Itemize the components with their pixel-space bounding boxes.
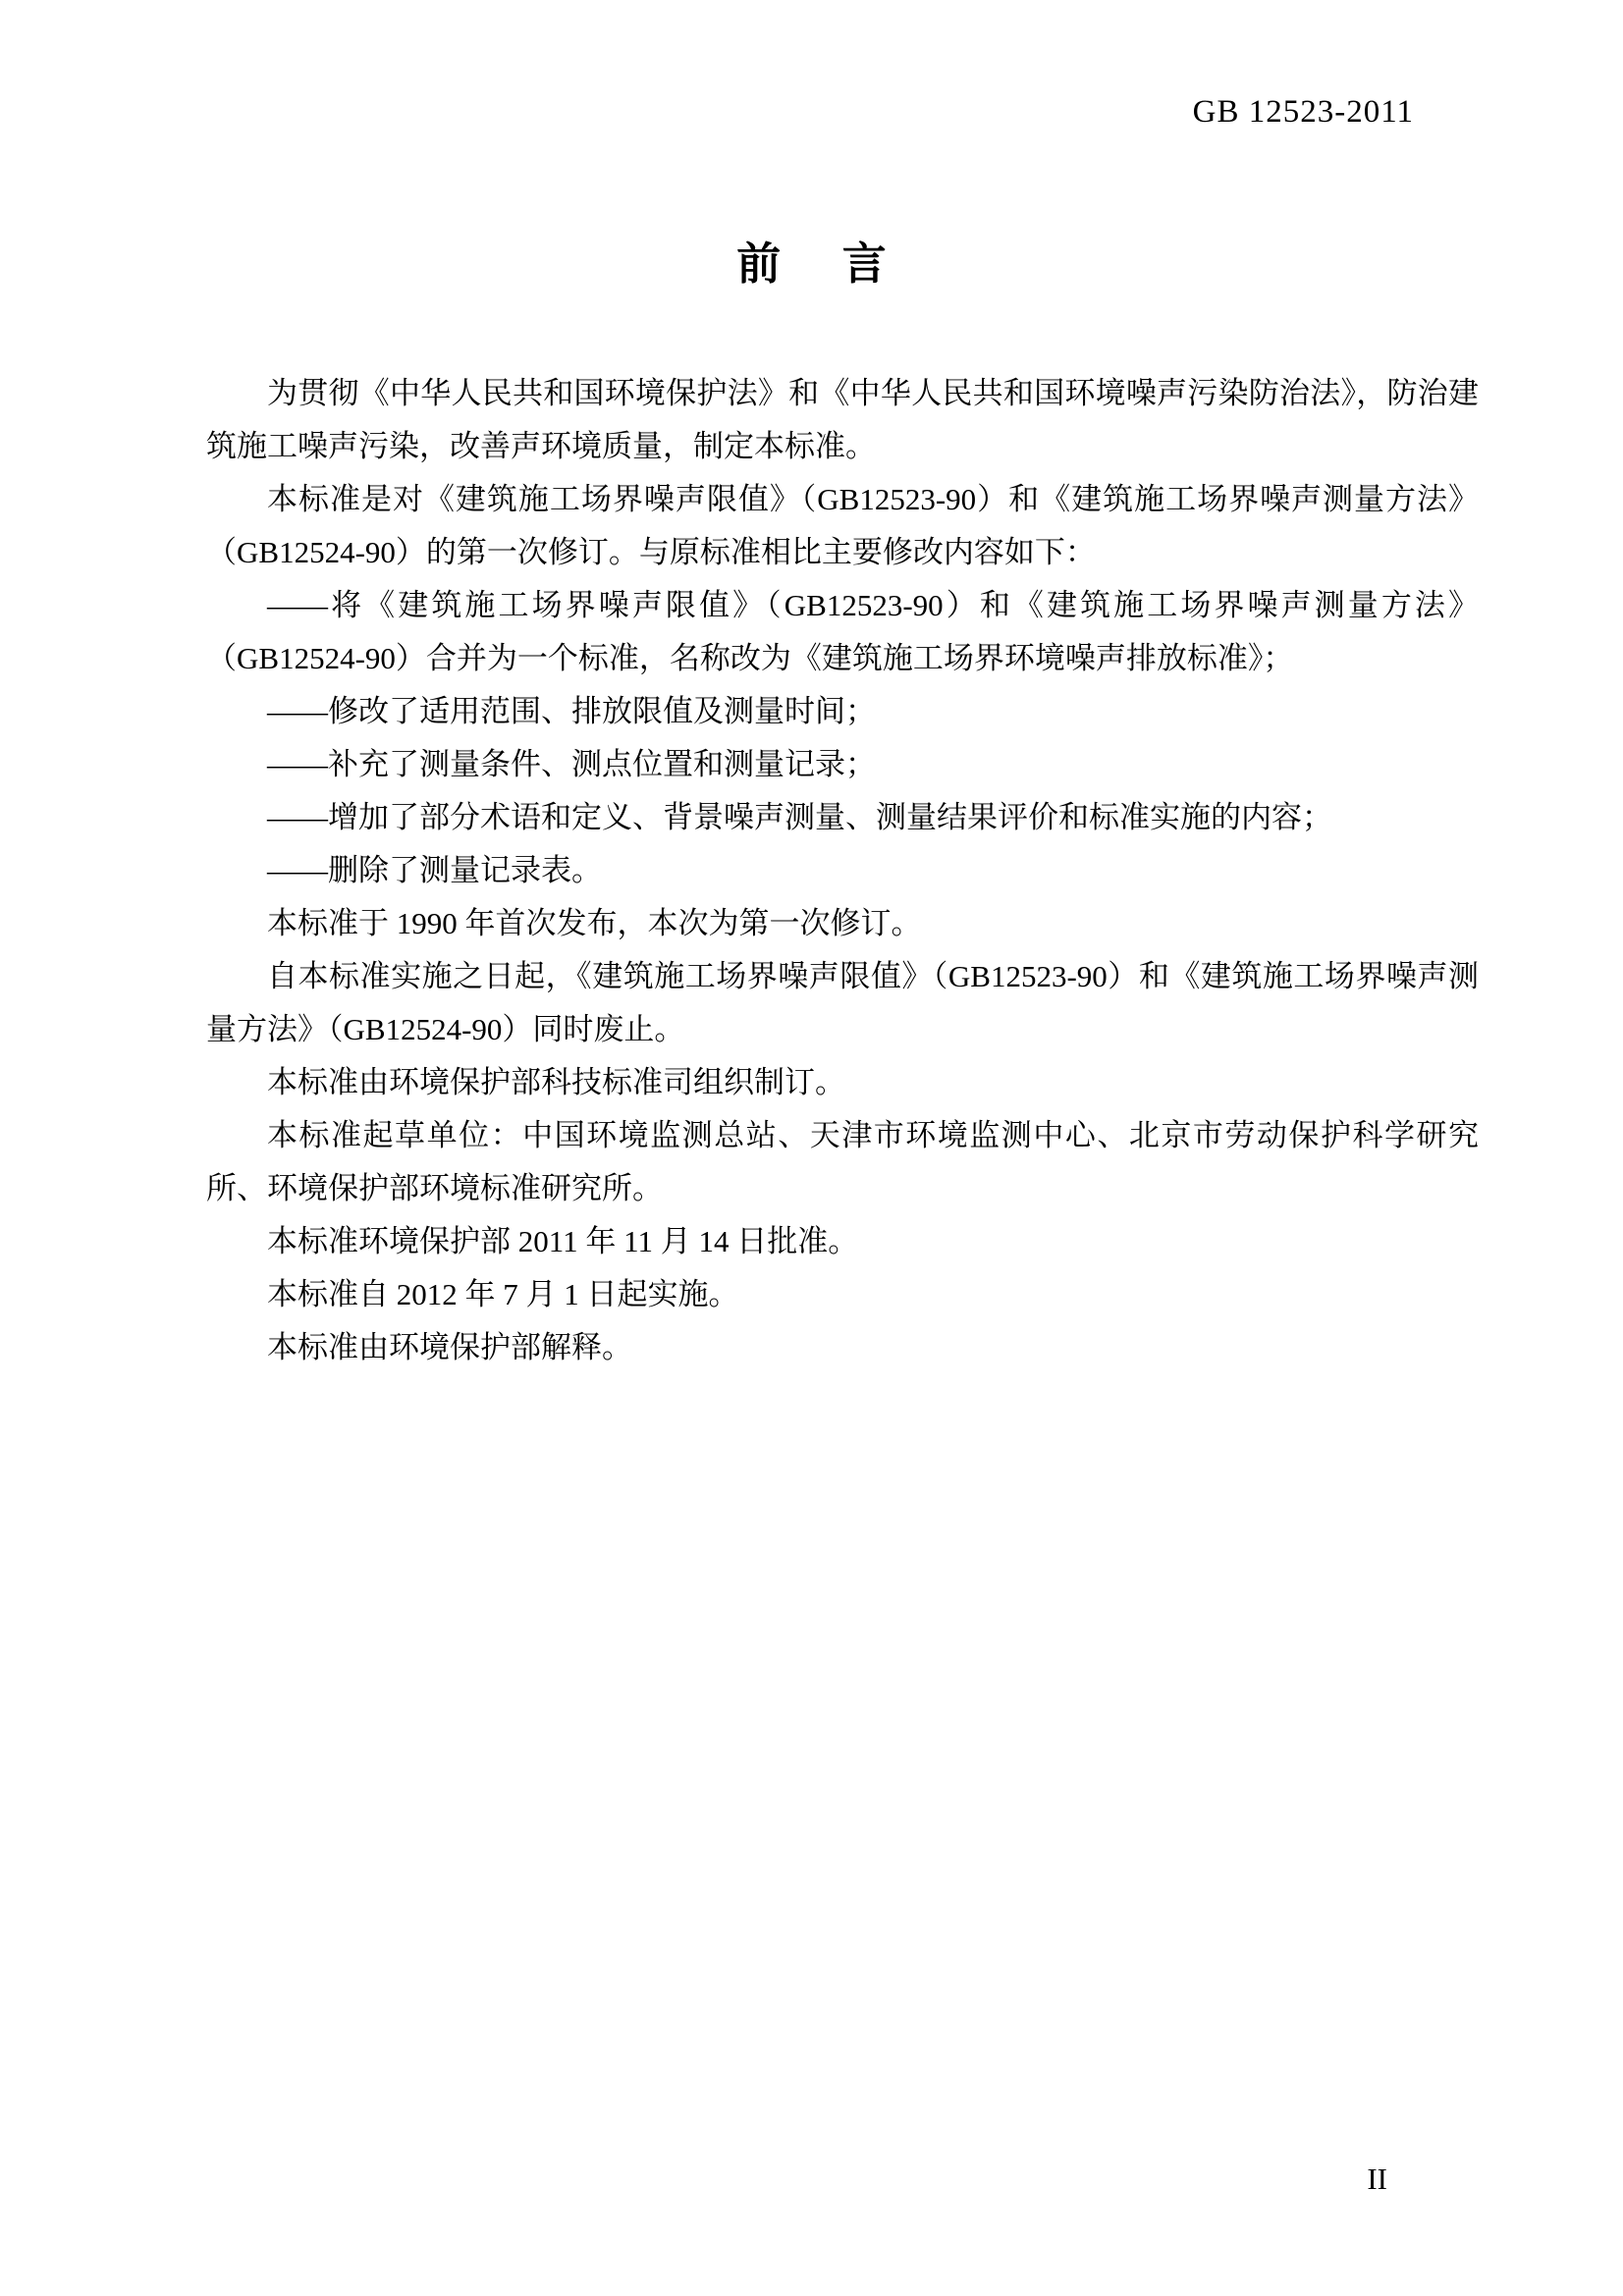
foreword-paragraph: 自本标准实施之日起，《建筑施工场界噪声限值》（GB12523-90）和《建筑施工… <box>206 950 1479 1056</box>
foreword-body: 为贯彻《中华人民共和国环境保护法》和《中华人民共和国环境噪声污染防治法》，防治建… <box>206 367 1479 1374</box>
foreword-paragraph: 本标准起草单位：中国环境监测总站、天津市环境监测中心、北京市劳动保护科学研究所、… <box>206 1109 1479 1215</box>
foreword-paragraph: ——将《建筑施工场界噪声限值》（GB12523-90）和《建筑施工场界噪声测量方… <box>206 579 1479 685</box>
foreword-paragraph: ——修改了适用范围、排放限值及测量时间； <box>206 685 1479 738</box>
foreword-paragraph: 本标准环境保护部 2011 年 11 月 14 日批准。 <box>206 1215 1479 1268</box>
foreword-paragraph: 本标准由环境保护部解释。 <box>206 1321 1479 1374</box>
foreword-paragraph: 本标准于 1990 年首次发布，本次为第一次修订。 <box>206 897 1479 950</box>
foreword-paragraph: 为贯彻《中华人民共和国环境保护法》和《中华人民共和国环境噪声污染防治法》，防治建… <box>206 367 1479 473</box>
foreword-paragraph: 本标准是对《建筑施工场界噪声限值》（GB12523-90）和《建筑施工场界噪声测… <box>206 473 1479 579</box>
foreword-paragraph: ——删除了测量记录表。 <box>206 844 1479 897</box>
page-number: II <box>1367 2163 1387 2194</box>
header-standard-number: GB 12523-2011 <box>1193 96 1414 129</box>
foreword-paragraph: 本标准自 2012 年 7 月 1 日起实施。 <box>206 1268 1479 1321</box>
foreword-paragraph: ——补充了测量条件、测点位置和测量记录； <box>206 738 1479 791</box>
foreword-paragraph: 本标准由环境保护部科技标准司组织制订。 <box>206 1056 1479 1109</box>
page-title: 前 言 <box>0 240 1623 289</box>
foreword-paragraph: ——增加了部分术语和定义、背景噪声测量、测量结果评价和标准实施的内容； <box>206 791 1479 844</box>
document-page: GB 12523-2011 前 言 为贯彻《中华人民共和国环境保护法》和《中华人… <box>0 0 1623 2296</box>
